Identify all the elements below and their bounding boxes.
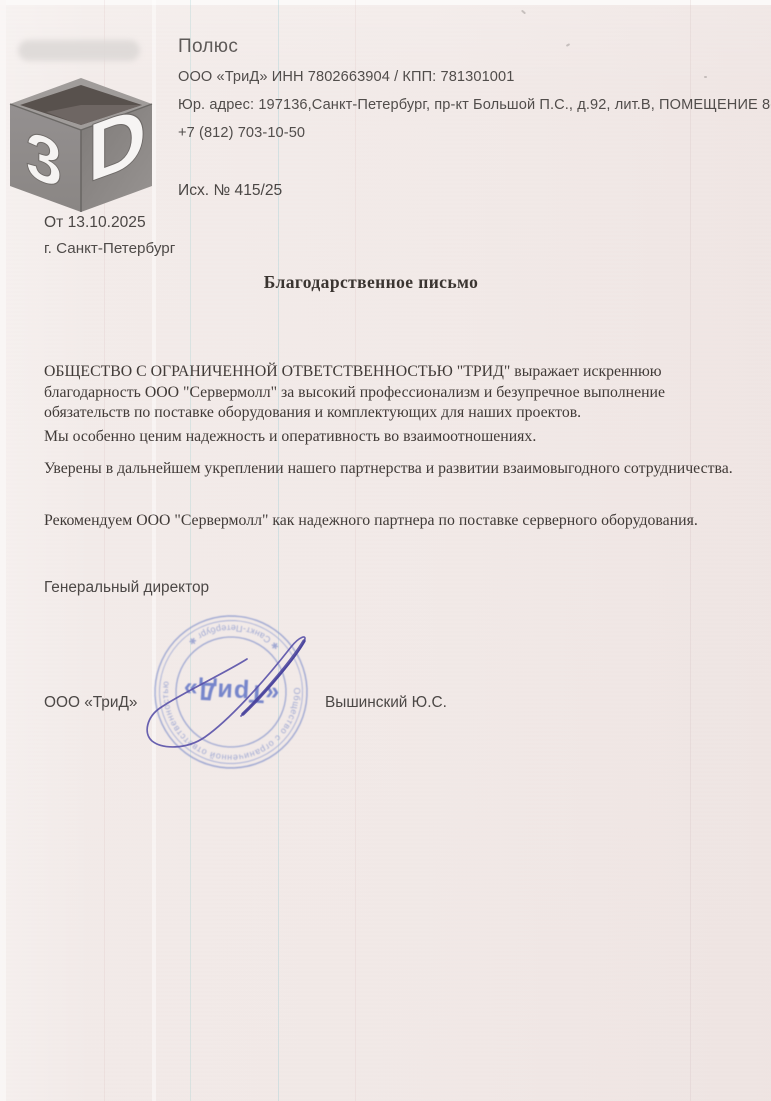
outgoing-number: Исх. № 415/25: [178, 182, 282, 200]
letter-paragraph: Уверены в дальнейшем укреплении нашего п…: [44, 459, 734, 480]
scan-speck: [566, 43, 570, 47]
phone-number: +7 (812) 703-10-50: [178, 125, 305, 141]
scan-speck: [704, 76, 707, 78]
letter-paragraph: Мы особенно ценим надежность и оперативн…: [44, 427, 734, 448]
letter-paragraph: Рекомендуем ООО "Сервермолл" как надежно…: [44, 511, 734, 532]
scanned-letter-page: 3 D Полюс ООО «ТриД» ИНН 7802663904 / КП…: [0, 0, 771, 1101]
legal-address-line: Юр. адрес: 197136,Санкт-Петербург, пр-кт…: [178, 97, 771, 113]
scan-artifact-line: [190, 0, 191, 1101]
company-3d-cube-logo: 3 D: [6, 74, 156, 214]
company-stamp-and-signature: Общество с ограниченной ответственностью…: [130, 595, 330, 775]
round-stamp-icon: Общество с ограниченной ответственностью…: [130, 595, 330, 775]
brand-name: Полюс: [178, 36, 238, 58]
scan-artifact-line: [355, 0, 356, 1101]
scan-speck: [521, 10, 526, 15]
letter-date: От 13.10.2025: [44, 214, 146, 232]
company-requisites-line: ООО «ТриД» ИНН 7802663904 / КПП: 7813010…: [178, 69, 514, 85]
letter-city: г. Санкт-Петербург: [44, 240, 175, 257]
scan-artifact-line: [690, 0, 691, 1101]
letter-paragraph: ОБЩЕСТВО С ОГРАНИЧЕННОЙ ОТВЕТСТВЕННОСТЬЮ…: [44, 362, 734, 424]
signoff-company: ООО «ТриД»: [44, 694, 137, 712]
scan-smudge: [18, 40, 140, 61]
stamp-impression: Общество с ограниченной ответственностью…: [151, 612, 311, 772]
scan-edge-top: [0, 0, 771, 5]
cube-logo-icon: 3 D: [6, 74, 156, 214]
scan-artifact-line: [278, 0, 279, 1101]
letter-title: Благодарственное письмо: [0, 272, 742, 293]
logo-letter-3: 3: [26, 116, 63, 203]
signer-name: Вышинский Ю.С.: [325, 694, 447, 712]
